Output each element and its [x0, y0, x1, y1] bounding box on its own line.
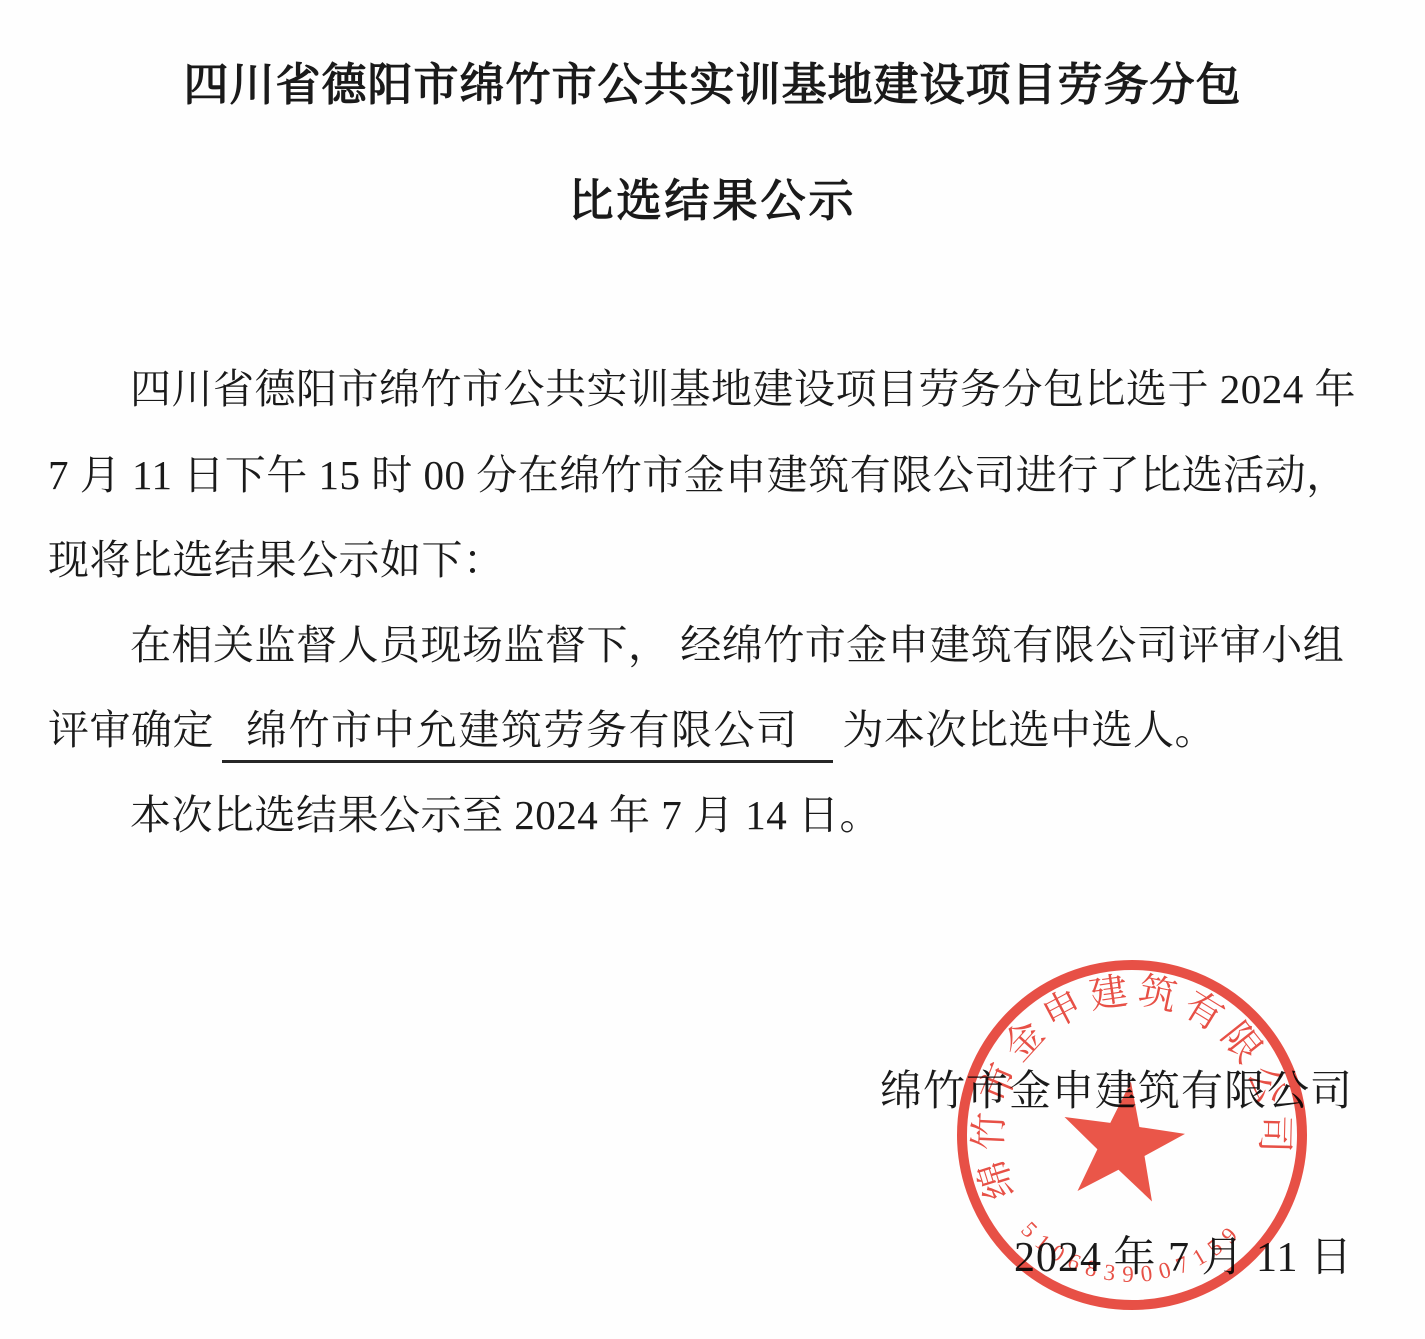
company-seal-stamp: 绵竹市金申建筑有限公司 5106839007159	[933, 946, 1333, 1339]
body-paragraph1-line1: 四川省德阳市绵竹市公共实训基地建设项目劳务分包比选于 2024 年	[48, 356, 1385, 415]
winner-sentence-suffix: 为本次比选中选人。	[843, 707, 1217, 753]
body-paragraph2-line2: 评审确定绵竹市中允建筑劳务有限公司为本次比选中选人。	[48, 697, 1385, 763]
body-paragraph1-line2: 7 月 11 日下午 15 时 00 分在绵竹市金申建筑有限公司进行了比选活动，	[48, 442, 1385, 501]
stamp-star-icon	[1065, 1082, 1186, 1202]
stamp-code-text: 5106839007159	[1016, 1217, 1247, 1287]
body-paragraph3-line1: 本次比选结果公示至 2024 年 7 月 14 日。	[48, 782, 1385, 841]
winner-sentence-prefix: 评审确定	[48, 707, 214, 753]
winner-company-name: 绵竹市中允建筑劳务有限公司	[222, 697, 833, 763]
document-title-line2: 比选结果公示	[0, 164, 1425, 229]
body-paragraph1-line3: 现将比选结果公示如下：	[48, 527, 1385, 586]
document-page: 四川省德阳市绵竹市公共实训基地建设项目劳务分包 比选结果公示 四川省德阳市绵竹市…	[0, 0, 1425, 1339]
body-paragraph2-line1: 在相关监督人员现场监督下， 经绵竹市金申建筑有限公司评审小组	[48, 612, 1385, 671]
document-title-line1: 四川省德阳市绵竹市公共实训基地建设项目劳务分包	[0, 48, 1425, 113]
stamp-code-text-group: 5106839007159	[1016, 1217, 1247, 1287]
